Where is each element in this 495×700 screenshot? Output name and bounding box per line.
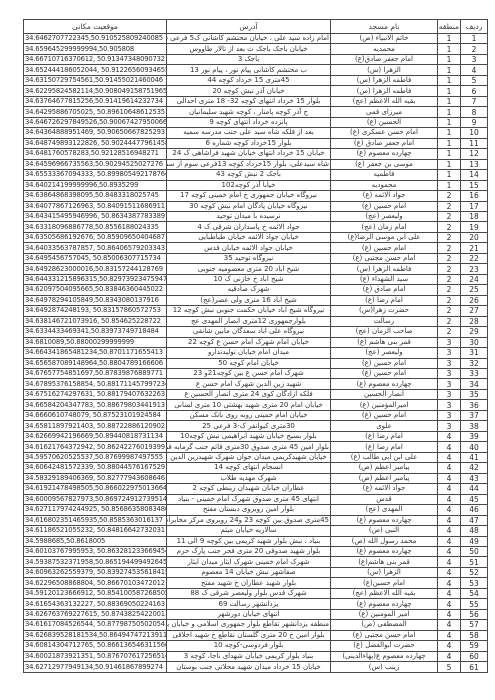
mosque-name-cell: خاتم الانبیاء (ص) <box>331 34 438 44</box>
table-row: 494محمد رسول الله (ص)بنیاد ، نبش بلوار ش… <box>24 536 488 546</box>
table-row: 151محمودیهخیابا آذر کوچه10234.6402141999… <box>24 180 488 190</box>
row-number-cell: 47 <box>461 515 488 525</box>
mosque-name-cell: قمر بنی هاشم(ع) <box>331 557 438 567</box>
table-row: 282رسالتبلوارجمهوری 12متری انصار المهدی … <box>24 316 488 326</box>
mosque-name-cell: علوی <box>331 421 438 431</box>
location-cell: 34.63864868398095,50.8483318025745 <box>24 191 167 201</box>
location-cell: 34.61654363132227, 50.88369050224163 <box>24 599 167 609</box>
table-row: 353انصار الحسینفلکه ازادگان کوی 24 متری … <box>24 389 488 399</box>
district-cell: 2 <box>438 222 461 232</box>
location-cell: 34.64978294105849,50.8343080137916 <box>24 295 167 305</box>
location-cell: 34.627117974244925, 50.85686358083486 <box>24 505 167 515</box>
mosque-name-cell: قدس <box>331 494 438 504</box>
address-cell: شاه سیدعلی، بلوار 15خرداد کوچه 13فرعی سو… <box>167 159 331 169</box>
table-row: 141فاطمیهباجک 2 نبش کوچه 4334.6553336709… <box>24 170 488 180</box>
mosque-name-cell: امام حسین(ع) <box>331 578 438 588</box>
district-cell: 1 <box>438 170 461 180</box>
district-cell: 1 <box>438 159 461 169</box>
row-number-cell: 3 <box>461 54 488 64</box>
district-cell: 3 <box>438 410 461 420</box>
table-row: 222امام حسن مجتبی (ع)نیروگاه توحید 3534.… <box>24 253 488 263</box>
row-number-cell: 28 <box>461 316 488 326</box>
table-row: 414علی ابن ابی طالب (ع)خیابان شهیدکریمی … <box>24 452 488 462</box>
mosque-name-cell: ولیعصر (عج) <box>331 211 438 221</box>
table-row: 394امام رضا (ع)بلوار بسیج خیابان شهید اب… <box>24 431 488 441</box>
location-cell: 34.62712977949134,50.91461867899274 <box>24 662 167 673</box>
row-number-cell: 29 <box>461 327 488 337</box>
address-cell: شهرک قدس بلوار ولیعصر شرقی ک 88 <box>167 588 331 598</box>
district-cell: 2 <box>438 211 461 221</box>
row-number-cell: 6 <box>461 86 488 96</box>
table-row: 61فاطمه الزهرا (س)خیابان آذر نبش کوچه 20… <box>24 86 488 96</box>
mosque-name-cell: علی ابن ابی طالب (ع) <box>331 452 438 462</box>
table-row: 21محمدیهخیابان باجک باجک ث بعد از تالار … <box>24 44 488 54</box>
mosque-name-cell: قمر بنی هاشم (ع) <box>331 337 438 347</box>
row-number-cell: 26 <box>461 295 488 305</box>
location-cell: 34.6660610748079, 50.87523101924584 <box>24 410 167 420</box>
district-cell: 1 <box>438 54 461 64</box>
address-cell: خیابان 15 خرداد میدان شهید محلاتی جنب بو… <box>167 662 331 673</box>
row-number-cell: 39 <box>461 431 488 441</box>
row-number-cell: 37 <box>461 410 488 420</box>
mosque-name-cell: امام حسین (ع) <box>331 369 438 379</box>
row-number-cell: 21 <box>461 243 488 253</box>
row-number-cell: 57 <box>461 620 488 630</box>
row-number-cell: 24 <box>461 274 488 284</box>
address-cell: شیخ اباد 16 متری ولی عصر(عج) <box>167 295 331 305</box>
mosque-name-cell: امام حسن مجتبی (ع) <box>331 630 438 640</box>
mosque-name-cell: علی ابن موسی الرضا(ع) <box>331 232 438 242</box>
address-cell: خیابان امام خمینی روبه روی بانک مسکن <box>167 410 331 420</box>
location-cell: 34.66584204347783, 50.88679803441913 <box>24 400 167 410</box>
address-cell: پانزده خرداد انتهای کوچه 9 <box>167 117 331 127</box>
table-row: 31امام جعفر صادق(ع)باجک 334.667107163706… <box>24 54 488 64</box>
mosque-name-cell: ولیعصر (عج) <box>331 348 438 358</box>
mosque-name-cell: انصار الحسین <box>331 389 438 399</box>
row-number-cell: 17 <box>461 201 488 211</box>
table-row: 91الحسین (ع)پانزده خرداد انتهای کوچه 934… <box>24 117 488 127</box>
district-cell: 2 <box>438 327 461 337</box>
table-row: 162جواد الائمه (ع)نیروگاه خیابان جمهوری … <box>24 191 488 201</box>
table-row: 192امام زمان (عج)جواد الائمه خ پاسداران … <box>24 222 488 232</box>
address-cell: بلوار شهید صدوقی 20 متری فجر جنب پارک حر… <box>167 546 331 556</box>
address-cell: بلوار امین روبروی دبستان مفتح <box>167 505 331 515</box>
location-cell: 34.64596966735563,50.90294525027276 <box>24 159 167 169</box>
row-number-cell: 61 <box>461 662 488 673</box>
location-cell: 34.64295886705025, 50.89610648612535 <box>24 107 167 117</box>
location-cell: 34.638146721073916, 50.854625228722 <box>24 316 167 326</box>
location-cell: 34.63150729754561,50.91455021460046 <box>24 75 167 85</box>
district-cell: 4 <box>438 484 461 494</box>
address-cell: نیروگاه خیابان پادگان امام نبش کوچه 30 <box>167 201 331 211</box>
row-number-cell: 58 <box>461 630 488 640</box>
row-number-cell: 22 <box>461 253 488 263</box>
mosque-name-cell: جواد الائمه (ع) <box>331 484 438 494</box>
address-cell: بلوار 15خرداد کوچه شماره 6 <box>167 138 331 148</box>
location-cell: 34.640214199999996,50.8935299 <box>24 180 167 190</box>
address-cell: صفاشهر نبش خیابان 14 معصوم <box>167 567 331 577</box>
mosque-name-cell: امیر المومنین (ع) <box>331 609 438 619</box>
table-row: 11خاتم الانبیاء (ص)امام زاده سید علی ، خ… <box>24 34 488 44</box>
row-number-cell: 11 <box>461 138 488 148</box>
district-cell: 2 <box>438 274 461 284</box>
row-number-cell: 54 <box>461 588 488 598</box>
table-row: 464المهدی (عج)بلوار امین روبروی دبستان م… <box>24 505 488 515</box>
table-row: 81میرزای قمیخ آذر کوچه پامنار ، کوچه شهی… <box>24 107 488 117</box>
row-number-cell: 41 <box>461 452 488 462</box>
location-cell: 34.65533367094333, 50.899805492178764 <box>24 170 167 180</box>
table-row: 121چهارده معصوم (ع)خیابان 15 خرداد انتها… <box>24 149 488 159</box>
location-cell: 34.62669942196669,50.89440818731134 <box>24 431 167 441</box>
mosque-name-cell: محمدیه <box>331 44 438 54</box>
row-number-cell: 32 <box>461 358 488 368</box>
table-row: 424پیامبر اعظم (ص)انسجام انتهای کوچه 143… <box>24 463 488 473</box>
location-cell: 34.65811897921403, 50.88722886120902 <box>24 421 167 431</box>
mosque-name-cell: فاطمه الزهرا (س) <box>331 264 438 274</box>
location-cell: 34.63318096886778,50.8556188024335 <box>24 222 167 232</box>
mosque-name-cell: امام صادق (ع) <box>331 285 438 295</box>
row-number-cell: 36 <box>461 400 488 410</box>
location-cell: 34.656587089148964,50.8804789166606 <box>24 358 167 368</box>
row-number-cell: 10 <box>461 128 488 138</box>
address-cell: 30متری کیوانفر ک-3 فرعی 25 <box>167 421 331 431</box>
address-cell: نرسیده با میدان توحید <box>167 211 331 221</box>
location-cell: 34.626839528181534,50.86494747213911 <box>24 630 167 640</box>
district-cell: 4 <box>438 452 461 462</box>
location-cell: 34.6492874248193, 50.83157860572753 <box>24 306 167 316</box>
district-cell: 2 <box>438 285 461 295</box>
row-number-cell: 12 <box>461 149 488 159</box>
district-cell: 4 <box>438 609 461 619</box>
address-cell: خیابان امام کوچه 50 <box>167 358 331 368</box>
address-cell: خیابا آذر کوچه102 <box>167 180 331 190</box>
district-cell: 1 <box>438 138 461 148</box>
district-cell: 4 <box>438 651 461 661</box>
district-cell: 4 <box>438 620 461 630</box>
address-cell: فلکه ازادگان کوی 24 متری انصار الحسین ع <box>167 389 331 399</box>
table-row: 574المصطفی (ص)منطقه یزدانشهر تقاطع بلوار… <box>24 620 488 630</box>
row-number-cell: 20 <box>461 232 488 242</box>
table-row: 252امام صادق (ع)شهرک صادقیه34.6209750409… <box>24 285 488 295</box>
address-cell: 45متری 15 خرداد کوچه 44 <box>167 75 331 85</box>
location-cell: 34.67895376158854, 50.881711457997234 <box>24 379 167 389</box>
row-number-cell: 53 <box>461 578 488 588</box>
location-cell: 34.63505686192676, 50.85909650404687 <box>24 232 167 242</box>
table-row: 262امام رضا (ع)شیخ اباد 16 متری ولی عصر(… <box>24 295 488 305</box>
location-cell: 34.64033563787857, 50.86406579203343 <box>24 243 167 253</box>
row-number-cell: 52 <box>461 567 488 577</box>
location-cell: 34.646726297849526,50.90067427950066 <box>24 117 167 127</box>
district-cell: 1 <box>438 128 461 138</box>
table-header: ردیف منطقه نام مسجد آدرس موقعیت مکانی <box>24 20 488 34</box>
table-row: 373امام حسین (ع)خیابان امام خمینی روبه ر… <box>24 410 488 420</box>
district-cell: 4 <box>438 630 461 640</box>
mosque-name-cell: پیامبر اعظم (ص) <box>331 463 438 473</box>
mosque-name-cell: امام جعفر صادق(ع) <box>331 54 438 64</box>
row-number-cell: 13 <box>461 159 488 169</box>
address-cell: خیابان جواد الائمه خیابان قدس <box>167 243 331 253</box>
table-row: 101امام حسن عسکری (ع)بعد از فلکه شاه سید… <box>24 128 488 138</box>
row-number-cell: 42 <box>461 463 488 473</box>
address-cell: خیابان امام شهرک امام حسن ع کوچه 22 <box>167 337 331 347</box>
location-cell: 34.5988685,50.8618005 <box>24 536 167 546</box>
address-cell: انسجام انتهای کوچه 14 <box>167 463 331 473</box>
table-row: 554چهارده معصوم (ع)یزدانشهر رسالت 6934.6… <box>24 599 488 609</box>
mosque-name-cell: المهدی (عج) <box>331 505 438 515</box>
mosque-name-cell: چهارده معصوم (ع) <box>331 546 438 556</box>
address-cell: خیابان امام 20 متری شهید بهشتی 10 متری ل… <box>167 400 331 410</box>
table-row: 504چهارده معصوم (ع)بلوار شهید صدوقی 20 م… <box>24 546 488 556</box>
table-row: 604چهارده معصوم ع(بهاءالدینی)بنیاد بلوار… <box>24 651 488 661</box>
location-cell: 34.62295824582114,50.908049158751965 <box>24 86 167 96</box>
mosque-name-cell: امام رضا (ع) <box>331 295 438 305</box>
row-number-cell: 8 <box>461 107 488 117</box>
row-number-cell: 14 <box>461 170 488 180</box>
mosque-name-cell: رسالت <box>331 316 438 326</box>
mosque-name-cell: فاطمه الزهرا (س) <box>331 75 438 85</box>
address-cell: میدان امام خیابان تولیدندارو <box>167 348 331 358</box>
mosque-name-cell: النبی (ص) <box>331 526 438 536</box>
mosque-name-cell: امام حسین (ع) <box>331 243 438 253</box>
address-cell: شهرک امام خمینی شهرک ایثار میدان ایثار <box>167 557 331 567</box>
mosque-name-cell: امام حسین (ع) <box>331 358 438 368</box>
mosque-name-cell: محمودیه <box>331 180 438 190</box>
table-row: 333امام حسین (ع)شهرک امام حسن ع بین کوچه… <box>24 369 488 379</box>
row-number-cell: 50 <box>461 546 488 556</box>
address-cell: خیابان شهیدکریمی میدان جوان شهرک شهیدزین… <box>167 452 331 462</box>
header-district: منطقه <box>438 20 461 34</box>
mosque-name-cell: پیامبر اعظم (ص) <box>331 473 438 483</box>
row-number-cell: 4 <box>461 65 488 75</box>
mosque-name-cell: فاطمه الزهرا (س) <box>331 86 438 96</box>
district-cell: 4 <box>438 641 461 651</box>
header-row-number: ردیف <box>461 20 488 34</box>
row-number-cell: 46 <box>461 505 488 515</box>
address-cell: انتهای خیابان دورشهر <box>167 609 331 619</box>
address-cell: بنیاد ، نبش بلوار شهید کریمی بین کوچه 9 … <box>167 536 331 546</box>
location-cell: 34.67516274297631, 50.88179407632263 <box>24 389 167 399</box>
row-number-cell: 38 <box>461 421 488 431</box>
location-cell: 34.644331215896315,50.82973923475947 <box>24 274 167 284</box>
address-cell: خیابان آذر نبش کوچه 20 <box>167 86 331 96</box>
mosque-table-body: 11خاتم الانبیاء (ص)امام زاده سید علی ، خ… <box>24 34 488 673</box>
location-cell: 34.64077867126963, 50.84091511686911 <box>24 201 167 211</box>
district-cell: 2 <box>438 306 461 316</box>
address-cell: شیخ اباد 20 متری معصومیه جنوبی <box>167 264 331 274</box>
address-cell: سالاریه خیابان میثم <box>167 526 331 536</box>
address-cell: خیابان جواد الائمه خیابان طباطبایی <box>167 232 331 242</box>
mosque-name-cell: امام حسن مجتبی (ع) <box>331 253 438 263</box>
row-number-cell: 9 <box>461 117 488 127</box>
location-cell: 34.6481760578283,50.92128516948271 <box>24 149 167 159</box>
address-cell: نیروگاه علی اباد سعدگان مابین شانقی <box>167 327 331 337</box>
district-cell: 4 <box>438 473 461 483</box>
location-cell: 34.64364888951469, 50.90650667825293 <box>24 128 167 138</box>
location-cell: 34.60103767995953, 50.863281233669454 <box>24 546 167 556</box>
location-cell: 34.61921478498505,50.866022975013664 <box>24 484 167 494</box>
table-row: 484النبی (ص)سالاریه خیابان میثم34.611865… <box>24 526 488 536</box>
location-cell: 34.616802351465935,50.8585363016137 <box>24 515 167 525</box>
address-cell: باجک 2 نبش کوچه 43 <box>167 170 331 180</box>
mosque-name-cell: حضرت زهرا(س) <box>331 306 438 316</box>
table-row: 323امام حسین (ع)خیابان امام کوچه 5034.65… <box>24 358 488 368</box>
district-cell: 3 <box>438 348 461 358</box>
location-cell: 34.664341865481234,50.8701171655413 <box>24 348 167 358</box>
location-cell: 34.63764677815256,50.91419614232734 <box>24 96 167 106</box>
district-cell: 1 <box>438 107 461 117</box>
address-cell: بلوار 15 خرداد انتهای کوچه 32- 18 متری ا… <box>167 96 331 106</box>
header-mosque-name: نام مسجد <box>331 20 438 34</box>
address-cell: انتهای 45 متری صدوق شهرک امام خمینی - بن… <box>167 494 331 504</box>
address-cell: 45متری صدوق بین کوچه 23 و24 روبروی مرکز … <box>167 515 331 525</box>
district-cell: 4 <box>438 515 461 525</box>
table-row: 363امیرالمؤمنین (ع)خیابان امام 20 متری ش… <box>24 400 488 410</box>
row-number-cell: 45 <box>461 494 488 504</box>
location-cell: 34.6334433469341,50.83973749718484 <box>24 327 167 337</box>
district-cell: 1 <box>438 117 461 127</box>
table-row: 182ولیعصر (عج)نرسیده با میدان توحید34.64… <box>24 211 488 221</box>
mosque-name-cell: امیرالمؤمنین (ع) <box>331 400 438 410</box>
row-number-cell: 34 <box>461 379 488 389</box>
table-row: 232فاطمه الزهرا (س)شیخ اباد 20 متری معصو… <box>24 264 488 274</box>
header-row: ردیف منطقه نام مسجد آدرس موقعیت مکانی <box>24 20 488 34</box>
table-row: 434پیامبر اعظم (ص)شهرک مهدیه طلاب34.5832… <box>24 473 488 483</box>
row-number-cell: 59 <box>461 641 488 651</box>
row-number-cell: 2 <box>461 44 488 54</box>
mosque-name-cell: چهارده معصوم (ع) <box>331 149 438 159</box>
mosque-name-cell: فاطمیه <box>331 170 438 180</box>
address-cell: شهرک امام حسن ع بین کوچه21و 23 <box>167 369 331 379</box>
mosque-name-cell: صاحب الزمان (عج) <box>331 327 438 337</box>
district-cell: 1 <box>438 180 461 190</box>
row-number-cell: 51 <box>461 557 488 567</box>
mosque-name-cell: حضرت ابوالفضل (ع) <box>331 641 438 651</box>
row-number-cell: 15 <box>461 180 488 190</box>
district-cell: 1 <box>438 149 461 159</box>
address-cell: بلوار شهید عطاران خ شهید مفتح <box>167 578 331 588</box>
address-cell: شهید زین الدین شهرک امام حسن ع <box>167 379 331 389</box>
district-cell: 4 <box>438 567 461 577</box>
mosque-name-cell: امام حسین (ع) <box>331 410 438 420</box>
address-cell: عطاران خیابان شهیدان زینطی کوچه 2 <box>167 484 331 494</box>
district-cell: 4 <box>438 494 461 504</box>
mosque-name-cell: امام زمان (عج) <box>331 222 438 232</box>
address-cell: باجک 3 <box>167 54 331 64</box>
district-cell: 2 <box>438 191 461 201</box>
address-cell: خیابان 15 خرداد انتهای خیابان شهید فراشا… <box>167 149 331 159</box>
mosque-name-cell: امام جعفر صادق (ع) <box>331 138 438 148</box>
district-cell: 2 <box>438 253 461 263</box>
district-cell: 1 <box>438 44 461 54</box>
district-cell: 2 <box>438 232 461 242</box>
mosque-name-cell: امام رضا (ع) <box>331 442 438 452</box>
row-number-cell: 55 <box>461 599 488 609</box>
address-cell: یزدانشهر رسالت 69 <box>167 599 331 609</box>
address-cell: بلوارجمهوری 12متری انصار المهدی عج <box>167 316 331 326</box>
address-cell: بلوار امین خ 20 متری گلستان تقاطع خ شهید… <box>167 630 331 640</box>
table-row: 404امام رضا (ع)بلوار امین 45 متری صدوق 3… <box>24 442 488 452</box>
address-cell: نیروگاه توحید 35 <box>167 253 331 263</box>
address-cell: منطقه یزدانشهر تقاطع بلوار جمهوری اسلامی… <box>167 620 331 630</box>
district-cell: 3 <box>438 389 461 399</box>
location-cell: 34.6810089,50.88000299999999 <box>24 337 167 347</box>
mosque-name-cell: چهارده معصوم (ع) <box>331 599 438 609</box>
district-cell: 4 <box>438 431 461 441</box>
location-cell: 34.6495456757045, 50.85006307715734 <box>24 253 167 263</box>
location-cell: 34.60021873921351, 50.876707617256514 <box>24 651 167 661</box>
row-number-cell: 31 <box>461 348 488 358</box>
mosque-name-cell: الحسین (ع) <box>331 117 438 127</box>
header-address: آدرس <box>167 20 331 34</box>
table-row: 212امام حسین (ع)خیابان جواد الائمه خیابا… <box>24 243 488 253</box>
location-cell: 34.64928623000016,50.83157244128769 <box>24 264 167 274</box>
district-cell: 3 <box>438 400 461 410</box>
location-cell: 34.61617084526544, 50.87798750502054 <box>24 620 167 630</box>
district-cell: 4 <box>438 526 461 536</box>
location-cell: 34.60814304712765, 50.866136546311566 <box>24 641 167 651</box>
district-cell: 5 <box>438 662 461 673</box>
row-number-cell: 23 <box>461 264 488 274</box>
mosque-name-cell: امام رضا (ع) <box>331 431 438 441</box>
table-row: 544بقیه الله الاعظم (عج)شهرک قدس بلوار و… <box>24 588 488 598</box>
district-cell: 2 <box>438 201 461 211</box>
mosque-name-cell: جواد الائمه (ع) <box>331 191 438 201</box>
address-cell: بعد از فلکه شاه سید علی جنب مدرسه سمیه <box>167 128 331 138</box>
location-cell: 34.66710716370612, 50.91347348090732 <box>24 54 167 64</box>
mosque-name-cell: بقیه الله الاعظم (عج) <box>331 588 438 598</box>
table-row: 514قمر بنی هاشم(ع)شهرک امام خمینی شهرک ا… <box>24 557 488 567</box>
mosque-name-cell: چهارده معصوم ع(بهاءالدینی) <box>331 651 438 661</box>
row-number-cell: 27 <box>461 306 488 316</box>
table-row: 343چهارده معصوم (ع)شهید زین الدین شهرک ا… <box>24 379 488 389</box>
district-cell: 1 <box>438 96 461 106</box>
district-cell: 2 <box>438 316 461 326</box>
row-number-cell: 44 <box>461 484 488 494</box>
row-number-cell: 18 <box>461 211 488 221</box>
address-cell: جواد الائمه خ پاسداران شرقی ک 4 <box>167 222 331 232</box>
table-row: 564امیر المومنین (ع)انتهای خیابان دورشهر… <box>24 609 488 619</box>
address-cell: ب محتشم کاشانی پیام نور ، پیام نور 13 <box>167 65 331 75</box>
location-cell: 34.61621764372942, 50.86242276019399 <box>24 442 167 452</box>
row-number-cell: 35 <box>461 389 488 399</box>
table-row: 51فاطمه الزهرا (س)45متری 15 خرداد کوچه 4… <box>24 75 488 85</box>
district-cell: 4 <box>438 463 461 473</box>
location-cell: 34.60009567827973,50.869724912739514 <box>24 494 167 504</box>
district-cell: 4 <box>438 557 461 567</box>
address-cell: شهرک مهدیه طلاب <box>167 473 331 483</box>
row-number-cell: 60 <box>461 651 488 661</box>
address-cell: بنیاد بلوار کریمی خیابان شهدای ناجا، کوچ… <box>167 651 331 661</box>
row-number-cell: 48 <box>461 526 488 536</box>
table-row: 584امام حسن مجتبی (ع)بلوار امین خ 20 متر… <box>24 630 488 640</box>
address-cell: امام زاده سید علی ، خیابان محتشم کاشانی … <box>167 34 331 44</box>
district-cell: 3 <box>438 358 461 368</box>
table-row: 111امام جعفر صادق (ع)بلوار 15خرداد کوچه … <box>24 138 488 148</box>
district-cell: 2 <box>438 295 461 305</box>
mosque-name-cell: امام حسن عسکری (ع) <box>331 128 438 138</box>
location-cell: 34.61186521055232, 50.84816642732031 <box>24 526 167 536</box>
district-cell: 4 <box>438 588 461 598</box>
table-row: 524الزهرا (س)صفاشهر نبش خیابان 14 معصوم3… <box>24 567 488 577</box>
header-location: موقعیت مکانی <box>24 20 167 34</box>
district-cell: 1 <box>438 86 461 96</box>
district-cell: 4 <box>438 505 461 515</box>
mosque-name-cell: بقیه الله الاعظم (عج) <box>331 96 438 106</box>
row-number-cell: 19 <box>461 222 488 232</box>
district-cell: 4 <box>438 546 461 556</box>
address-cell: خیابان باجک باجک ث بعد از تالار طاووس <box>167 44 331 54</box>
table-row: 131موسی بن جعفر (ع)شاه سیدعلی، بلوار 15خ… <box>24 159 488 169</box>
